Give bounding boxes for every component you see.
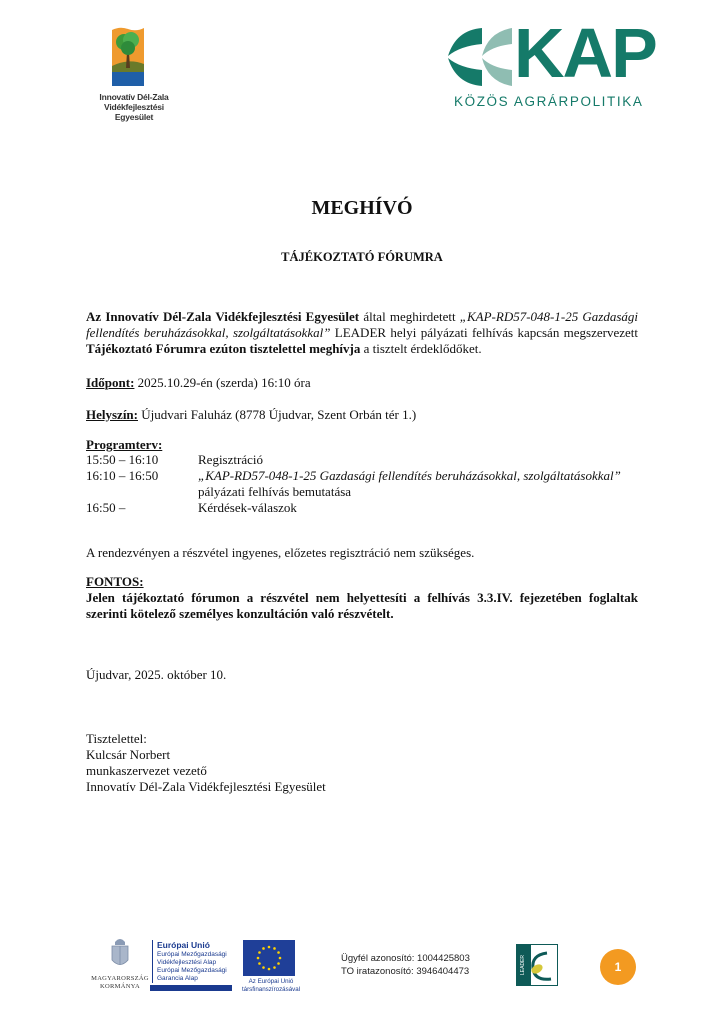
org-name-bold: Az Innovatív Dél-Zala Vidékfejlesztési E… [86, 309, 359, 324]
program-time: 16:50 – [86, 500, 198, 516]
hungarian-government-logo: MAGYARORSZÁG KORMÁNYA [90, 936, 150, 991]
document-subtitle: TÁJÉKOZTATÓ FÓRUMRA [0, 250, 724, 265]
kap-subtitle: KÖZÖS AGRÁRPOLITIKA [454, 94, 643, 109]
signature-block: Tisztelettel: Kulcsár Norbert munkaszerv… [86, 731, 638, 795]
program-desc: Regisztráció [198, 452, 638, 468]
kap-wordmark: KAP [514, 18, 656, 88]
eu-flag-icon [243, 940, 295, 976]
location-value: Újudvari Faluház (8778 Újudvar, Szent Or… [138, 407, 416, 422]
client-id: Ügyfél azonosító: 1004425803 [341, 952, 470, 965]
intro-paragraph: Az Innovatív Dél-Zala Vidékfejlesztési E… [86, 309, 638, 357]
svg-text:LEADER: LEADER [520, 955, 526, 975]
intro-text-1: által meghirdetett [359, 309, 460, 324]
program-row: 15:50 – 16:10 Regisztráció [86, 452, 638, 468]
time-value: 2025.10.29-én (szerda) 16:10 óra [134, 375, 310, 390]
gov-line2: KORMÁNYA [90, 983, 150, 991]
org-name-line2: Vidékfejlesztési Egyesület [84, 102, 184, 122]
time-label: Időpont: [86, 375, 134, 390]
signature-greeting: Tisztelettel: [86, 731, 638, 747]
program-time: 15:50 – 16:10 [86, 452, 198, 468]
page-number-badge: 1 [600, 949, 636, 985]
org-name-line1: Innovatív Dél-Zala [84, 92, 184, 102]
eu-flag-caption: Az Európai Unió társfinanszírozásával [236, 978, 306, 994]
program-label: Programterv: [86, 437, 638, 453]
leader-logo-icon: LEADER [516, 944, 558, 986]
eu-fund-1: Európai Mezőgazdasági Vidékfejlesztési A… [157, 951, 235, 967]
hungarian-crest-icon [109, 936, 131, 970]
important-text: Jelen tájékoztató fórumon a részvétel ne… [86, 590, 638, 622]
invite-bold: Tájékoztató Fórumra ezúton tisztelettel … [86, 341, 360, 356]
signature-name: Kulcsár Norbert [86, 747, 638, 763]
intro-text-3: a tisztelt érdeklődőket. [360, 341, 481, 356]
footer: MAGYARORSZÁG KORMÁNYA Európai Unió Európ… [0, 932, 724, 1012]
intro-text-2: LEADER helyi pályázati felhívás kapcsán … [330, 325, 638, 340]
eu-slogan-bar [150, 985, 232, 991]
signature-org: Innovatív Dél-Zala Vidékfejlesztési Egye… [86, 779, 638, 795]
eu-funds-text: Európai Unió Európai Mezőgazdasági Vidék… [152, 940, 235, 983]
program-schedule: 15:50 – 16:10 Regisztráció 16:10 – 16:50… [86, 452, 638, 516]
kap-logo: KAP KÖZÖS AGRÁRPOLITIKA [446, 24, 642, 118]
program-desc-italic: „KAP-RD57-048-1-25 Gazdasági fellendítés… [198, 468, 621, 483]
tree-landscape-emblem-icon [110, 26, 146, 88]
program-row: 16:10 – 16:50 „KAP-RD57-048-1-25 Gazdasá… [86, 468, 638, 500]
participation-note: A rendezvényen a részvétel ingyenes, elő… [86, 545, 638, 561]
program-time: 16:10 – 16:50 [86, 468, 198, 500]
program-row: 16:50 – Kérdések-válaszok [86, 500, 638, 516]
eu-fund-2: Európai Mezőgazdasági Garancia Alap [157, 967, 235, 983]
location-label: Helyszín: [86, 407, 138, 422]
program-desc-text: pályázati felhívás bemutatása [198, 484, 351, 499]
signature-role: munkaszervezet vezető [86, 763, 638, 779]
event-time: Időpont: 2025.10.29-én (szerda) 16:10 ór… [86, 375, 638, 391]
event-location: Helyszín: Újudvari Faluház (8778 Újudvar… [86, 407, 638, 423]
program-desc: „KAP-RD57-048-1-25 Gazdasági fellendítés… [198, 468, 638, 500]
important-label: FONTOS: [86, 574, 638, 590]
eu-heading: Európai Unió [157, 940, 235, 951]
program-desc: Kérdések-válaszok [198, 500, 638, 516]
document-ids: Ügyfél azonosító: 1004425803 TO iratazon… [341, 952, 470, 978]
document-title: MEGHÍVÓ [0, 197, 724, 220]
gov-line1: MAGYARORSZÁG [90, 975, 150, 983]
place-date: Újudvar, 2025. október 10. [86, 667, 638, 683]
to-doc-id: TO iratazonosító: 3946404473 [341, 965, 470, 978]
